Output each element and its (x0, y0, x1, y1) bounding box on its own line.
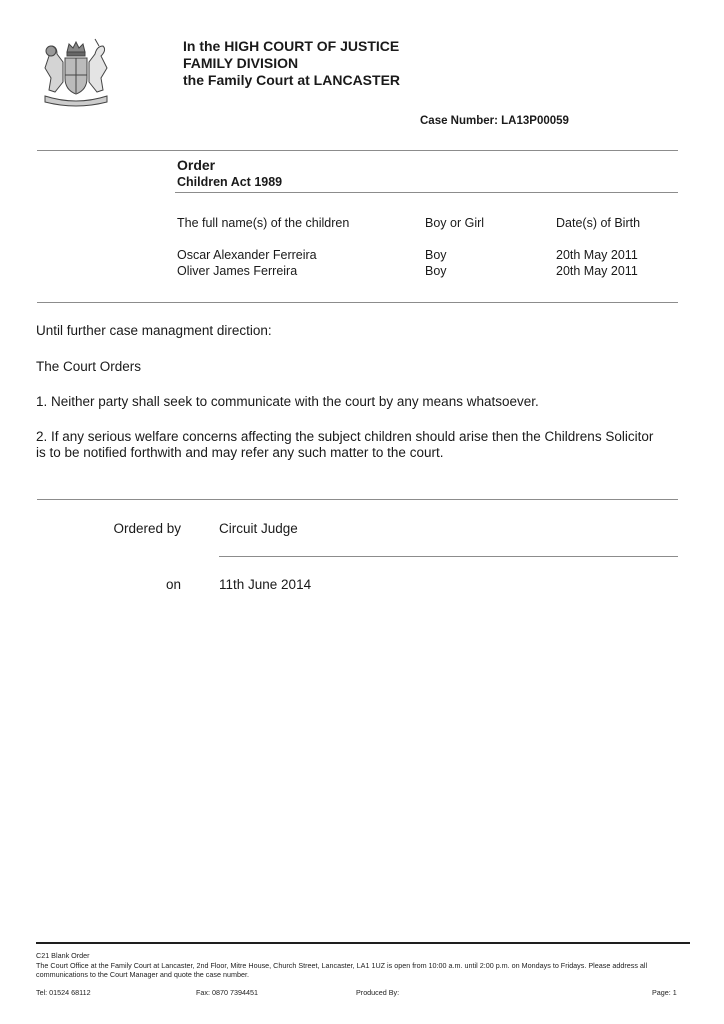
ordered-by-value: Circuit Judge (219, 521, 298, 536)
order-paragraph-2-line-1: 2. If any serious welfare concerns affec… (36, 429, 686, 445)
child-name: Oliver James Ferreira (177, 264, 297, 278)
signature-line (219, 556, 678, 557)
court-header: In the HIGH COURT OF JUSTICE FAMILY DIVI… (183, 38, 400, 89)
fax: Fax: 0870 7394451 (196, 988, 258, 997)
court-header-line-1: In the HIGH COURT OF JUSTICE (183, 38, 400, 55)
page-number: Page: 1 (652, 988, 677, 997)
child-dob: 20th May 2011 (556, 248, 638, 262)
divider (37, 499, 678, 500)
column-header-gender: Boy or Girl (425, 216, 484, 230)
child-gender: Boy (425, 248, 447, 262)
telephone: Tel: 01524 68112 (36, 988, 91, 997)
footer-divider (36, 942, 690, 944)
court-office-line-2: communications to the Court Manager and … (36, 970, 696, 979)
divider (175, 192, 678, 193)
court-orders-heading: The Court Orders (36, 359, 686, 375)
order-act: Children Act 1989 (177, 175, 282, 189)
column-header-name: The full name(s) of the children (177, 216, 349, 230)
court-office-line-1: The Court Office at the Family Court at … (36, 961, 696, 970)
preamble: Until further case managment direction: (36, 323, 686, 339)
order-paragraph-1: 1. Neither party shall seek to communica… (36, 394, 686, 410)
order-date: 11th June 2014 (219, 577, 311, 592)
on-label: on (31, 577, 181, 592)
court-header-line-3: the Family Court at LANCASTER (183, 72, 400, 89)
order-paragraph-2-line-2: is to be notified forthwith and may refe… (36, 445, 686, 461)
order-title: Order (177, 157, 215, 173)
case-number: Case Number: LA13P00059 (420, 115, 569, 127)
divider (37, 302, 678, 303)
child-dob: 20th May 2011 (556, 264, 638, 278)
ordered-by-label: Ordered by (31, 521, 181, 536)
divider (37, 150, 678, 151)
column-header-dob: Date(s) of Birth (556, 216, 640, 230)
royal-coat-of-arms-icon (37, 38, 115, 110)
form-name: C21 Blank Order (36, 951, 90, 960)
child-name: Oscar Alexander Ferreira (177, 248, 317, 262)
order-paragraph-2: 2. If any serious welfare concerns affec… (36, 429, 686, 461)
court-header-line-2: FAMILY DIVISION (183, 55, 400, 72)
produced-by: Produced By: (356, 988, 399, 997)
court-office-info: The Court Office at the Family Court at … (36, 961, 696, 979)
child-gender: Boy (425, 264, 447, 278)
